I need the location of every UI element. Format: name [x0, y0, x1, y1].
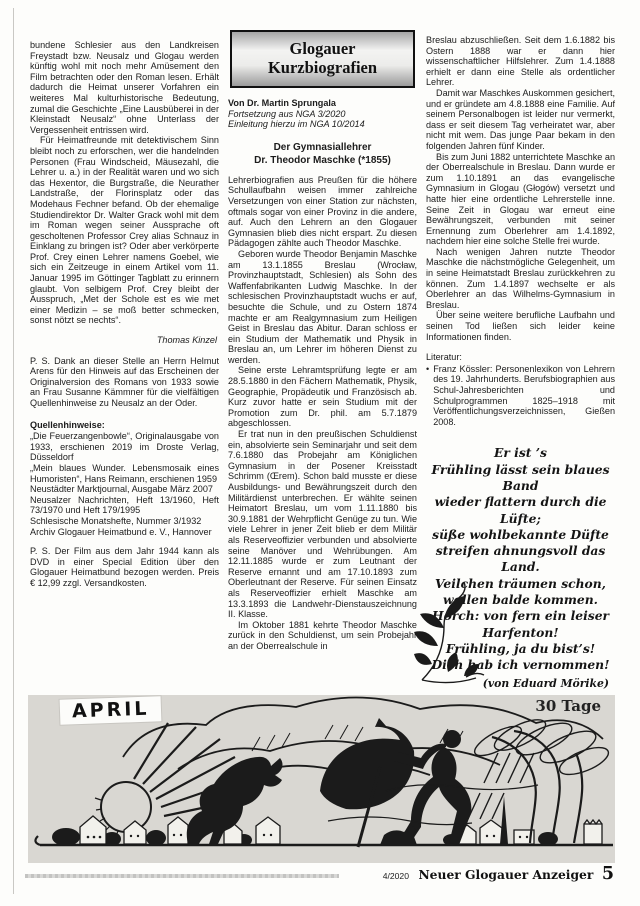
page-number: 5 [602, 864, 614, 884]
bullet-icon: • [426, 364, 429, 428]
page-footer: 4/2020 Neuer Glogauer Anzeiger 5 [0, 864, 640, 898]
poem-line: Frühling lässt sein blaues Band [426, 462, 615, 495]
section-title-line: Glogauer [236, 39, 409, 58]
paragraph: bundene Schlesier aus den Landkreisen Fr… [30, 40, 219, 135]
page-edge-line [13, 8, 14, 894]
source-item: „Mein blaues Wunder. Lebensmosaik eines … [30, 463, 219, 484]
article-title-line: Dr. Theodor Maschke (*1855) [228, 154, 417, 167]
paragraph: Im Oktober 1881 kehrte Theodor Maschke z… [228, 620, 417, 652]
paragraph: Über seine weitere berufliche Laufbahn u… [426, 310, 615, 342]
days-label: 30 Tage [535, 697, 601, 715]
paragraph: Er trat nun in den preußischen Schuldien… [228, 429, 417, 620]
poem-line: streifen ahnungsvoll das Land. [426, 543, 615, 576]
paragraph: Lehrerbiografien aus Preußen für die höh… [228, 175, 417, 249]
poem-line: süße wohlbekannte Düfte [426, 527, 615, 543]
paragraph: Für Heimatfreunde mit detektivischem Sin… [30, 135, 219, 326]
column-right: Breslau abzuschließen. Seit dem 1.6.1882… [426, 30, 615, 693]
literature-heading: Literatur: [426, 352, 615, 363]
section-title-line: Kurzbiografien [236, 58, 409, 77]
column-middle: Glogauer Kurzbiografien Von Dr. Martin S… [228, 30, 417, 693]
april-calendar-illustration: APRIL 30 Tage [28, 695, 615, 863]
publication-title: Neuer Glogauer Anzeiger [418, 867, 593, 882]
poem-line: wieder flattern durch die Lüfte; [426, 494, 615, 527]
section-title-box: Glogauer Kurzbiografien [230, 30, 415, 88]
floral-ornament-icon [414, 580, 494, 684]
column-left: bundene Schlesier aus den Landkreisen Fr… [30, 30, 219, 693]
source-item: „Die Feuerzangenbowle“, Originalausgabe … [30, 431, 219, 463]
source-item: Neusalzer Nachrichten, Heft 13/1960, Hef… [30, 495, 219, 516]
source-item: Archiv Glogauer Heimatbund e. V., Hannov… [30, 527, 219, 538]
paragraph: Seine erste Lehramtsprüfung legte er am … [228, 365, 417, 429]
footer-divider [25, 874, 339, 878]
sources-heading: Quellenhinweise: [30, 420, 219, 431]
article-columns: bundene Schlesier aus den Landkreisen Fr… [30, 30, 616, 693]
poem: Er ist ’s Frühling lässt sein blaues Ban… [426, 445, 615, 691]
article-title-line: Der Gymnasiallehrer [228, 141, 417, 154]
paragraph: Breslau abzuschließen. Seit dem 1.6.1882… [426, 35, 615, 88]
postscript: P. S. Dank an dieser Stelle an Herrn Hel… [30, 356, 219, 409]
paragraph: Nach wenigen Jahren nutzte Theodor Masch… [426, 247, 615, 311]
author-signature: Thomas Kinzel [30, 335, 217, 346]
postscript: P. S. Der Film aus dem Jahr 1944 kann al… [30, 546, 219, 588]
literature-item: • Franz Kössler: Personenlexikon von Leh… [426, 364, 615, 428]
source-item: Neustädter Marktjournal, Ausgabe März 20… [30, 484, 219, 495]
source-item: Schlesische Monatshefte, Nummer 3/1932 [30, 516, 219, 527]
month-label: APRIL [60, 696, 162, 725]
paragraph: Damit war Maschkes Auskommen gesichert, … [426, 88, 615, 152]
footer-text: 4/2020 Neuer Glogauer Anzeiger 5 [383, 864, 614, 884]
issue-number: 4/2020 [383, 871, 409, 881]
byline-intro-note: Einleitung hierzu im NGA 10/2014 [228, 119, 417, 130]
paragraph: Bis zum Juni 1882 unterrichtete Maschke … [426, 152, 615, 247]
article-title: Der Gymnasiallehrer Dr. Theodor Maschke … [228, 141, 417, 167]
literature-text: Franz Kössler: Personenlexikon von Lehre… [433, 364, 615, 428]
poem-line: Er ist ’s [426, 445, 615, 461]
byline-author: Von Dr. Martin Sprungala [228, 98, 417, 109]
byline-continuation-note: Fortsetzung aus NGA 3/2020 [228, 109, 417, 120]
paragraph: Geboren wurde Theodor Benjamin Maschke a… [228, 249, 417, 366]
